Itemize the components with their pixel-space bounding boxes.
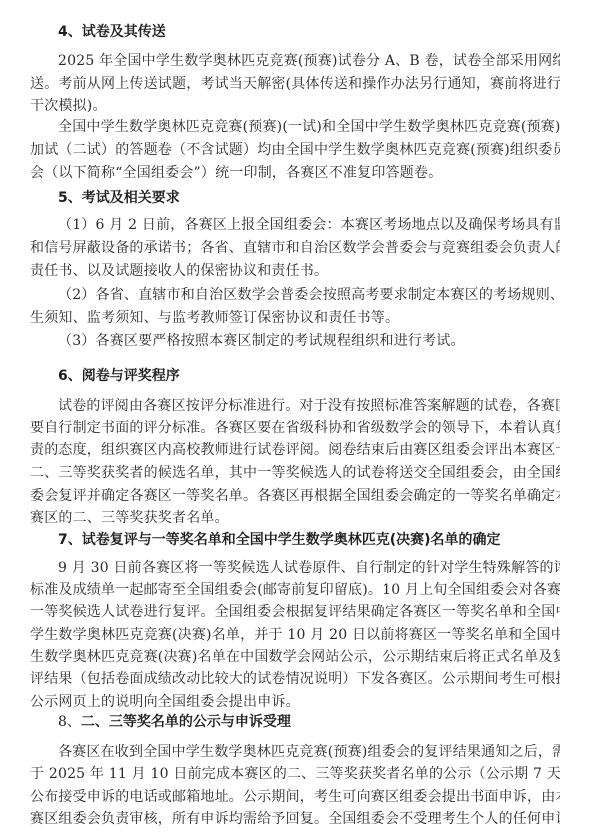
paragraph-line: 一等奖候选人试卷进行复评。全国组委会根据复评结果确定各赛区一等奖名单和全国中 (30, 603, 560, 621)
paragraph-line: 全国中学生数学奥林匹克竞赛(预赛)(一试)和全国中学生数学奥林匹克竞赛(预赛) (58, 118, 560, 136)
paragraph-line: 送。考前从网上传送试题，考试当天解密(具体传送和操作办法另行通知，赛前将进行若 (30, 75, 560, 93)
paragraph-line: （1）6 月 2 日前，各赛区上报全国组委会：本赛区考场地点以及确保考场具有监控 (58, 216, 560, 234)
paragraph-line: 评结果（包括卷面成绩改动比较大的试卷情况说明）下发各赛区。公示期间考生可根据 (30, 670, 560, 688)
paragraph-line: 责任书、以及试题接收人的保密协议和责任书。 (30, 262, 560, 280)
section-title: 考试及相关要求 (82, 190, 180, 206)
paragraph-line: 赛区的二、三等奖获奖者名单。 (30, 509, 560, 527)
paragraph-line: 赛区组委会负责审核，所有申诉均需给予回复。全国组委会不受理考生个人的任何申诉。 (30, 810, 560, 828)
section-5-heading: 5、考试及相关要求 (58, 189, 180, 207)
paragraph-line: 二、三等奖获奖者的候选名单，其中一等奖候选人的试卷将送交全国组委会，由全国组 (30, 464, 560, 482)
paragraph-line: 生数学奥林匹克竞赛(决赛)名单在中国数学会网站公示，公示期结束后将正式名单及复 (30, 648, 560, 666)
section-8-heading: 8、二、三等奖名单的公示与申诉受理 (58, 713, 291, 731)
section-title: 二、三等奖名单的公示与申诉受理 (81, 714, 291, 730)
paragraph-line: 委会复评并确定各赛区一等奖名单。各赛区再根据全国组委会确定的一等奖名单确定本 (30, 487, 560, 505)
paragraph-line: 要自行制定书面的评分标准。各赛区要在省级科协和省级数学会的领导下，本着认真负 (30, 419, 560, 437)
paragraph-line: 加试（二试）的答题卷（不含试题）均由全国中学生数学奥林匹克竞赛(预赛)组织委员 (30, 141, 560, 159)
paragraph-line: 标准及成绩单一起邮寄至全国组委会(邮寄前复印留底)。10 月上旬全国组委会对各赛… (30, 581, 560, 599)
paragraph-line: 各赛区在收到全国中学生数学奥林匹克竞赛(预赛)组委会的复评结果通知之后，需 (58, 743, 560, 761)
paragraph-line: （3）各赛区要严格按照本赛区制定的考试规程组织和进行考试。 (58, 332, 560, 350)
paragraph-line: 于 2025 年 11 月 10 日前完成本赛区的二、三等奖获奖者名单的公示（公… (30, 765, 560, 783)
paragraph-line: 和信号屏蔽设备的承诺书；各省、直辖市和自治区数学会普委会与竞赛组委会负责人的 (30, 239, 560, 257)
section-4-heading: 4、试卷及其传送 (58, 23, 166, 41)
section-number: 7、 (58, 532, 82, 548)
paragraph-line: 学生数学奥林匹克竞赛(决赛)名单，并于 10 月 20 日以前将赛区一等奖名单和… (30, 626, 560, 644)
section-title: 试卷复评与一等奖名单和全国中学生数学奥林匹克(决赛)名单的确定 (82, 532, 501, 548)
section-7-heading: 7、试卷复评与一等奖名单和全国中学生数学奥林匹克(决赛)名单的确定 (58, 531, 501, 549)
paragraph-line: 会（以下简称“全国组委会”）统一印制，各赛区不准复印答题卷。 (30, 164, 560, 182)
paragraph-line: （2）各省、直辖市和自治区数学会普委会按照高考要求制定本赛区的考场规则、考 (58, 286, 560, 304)
paragraph-line: 9 月 30 日前各赛区将一等奖候选人试卷原件、自行制定的针对学生特殊解答的评分 (58, 559, 560, 577)
paragraph-line: 公示网页上的说明向全国组委会提出申诉。 (30, 693, 560, 711)
section-number: 8、 (58, 714, 81, 730)
paragraph-line: 2025 年全国中学生数学奥林匹克竞赛(预赛)试卷分 A、B 卷，试卷全部采用网… (58, 52, 560, 70)
section-number: 6、 (58, 368, 82, 384)
paragraph-line: 生须知、监考须知、与监考教师签订保密协议和责任书等。 (30, 309, 560, 327)
section-6-heading: 6、阅卷与评奖程序 (58, 367, 180, 385)
document-page: 4、试卷及其传送 2025 年全国中学生数学奥林匹克竞赛(预赛)试卷分 A、B … (0, 0, 590, 840)
paragraph-line: 责的态度，组织赛区内高校教师进行试卷评阅。阅卷结束后由赛区组委会评出本赛区一、 (30, 441, 560, 459)
paragraph-line: 干次模拟)。 (30, 97, 560, 115)
section-number: 4、 (58, 24, 82, 40)
section-number: 5、 (58, 190, 82, 206)
section-title: 试卷及其传送 (82, 24, 166, 40)
section-title: 阅卷与评奖程序 (82, 368, 180, 384)
paragraph-line: 试卷的评阅由各赛区按评分标准进行。对于没有按照标准答案解题的试卷，各赛区 (58, 397, 560, 415)
paragraph-line: 公布接受申诉的电话或邮箱地址。公示期间，考生可向赛区组委会提出书面申诉，由本 (30, 788, 560, 806)
